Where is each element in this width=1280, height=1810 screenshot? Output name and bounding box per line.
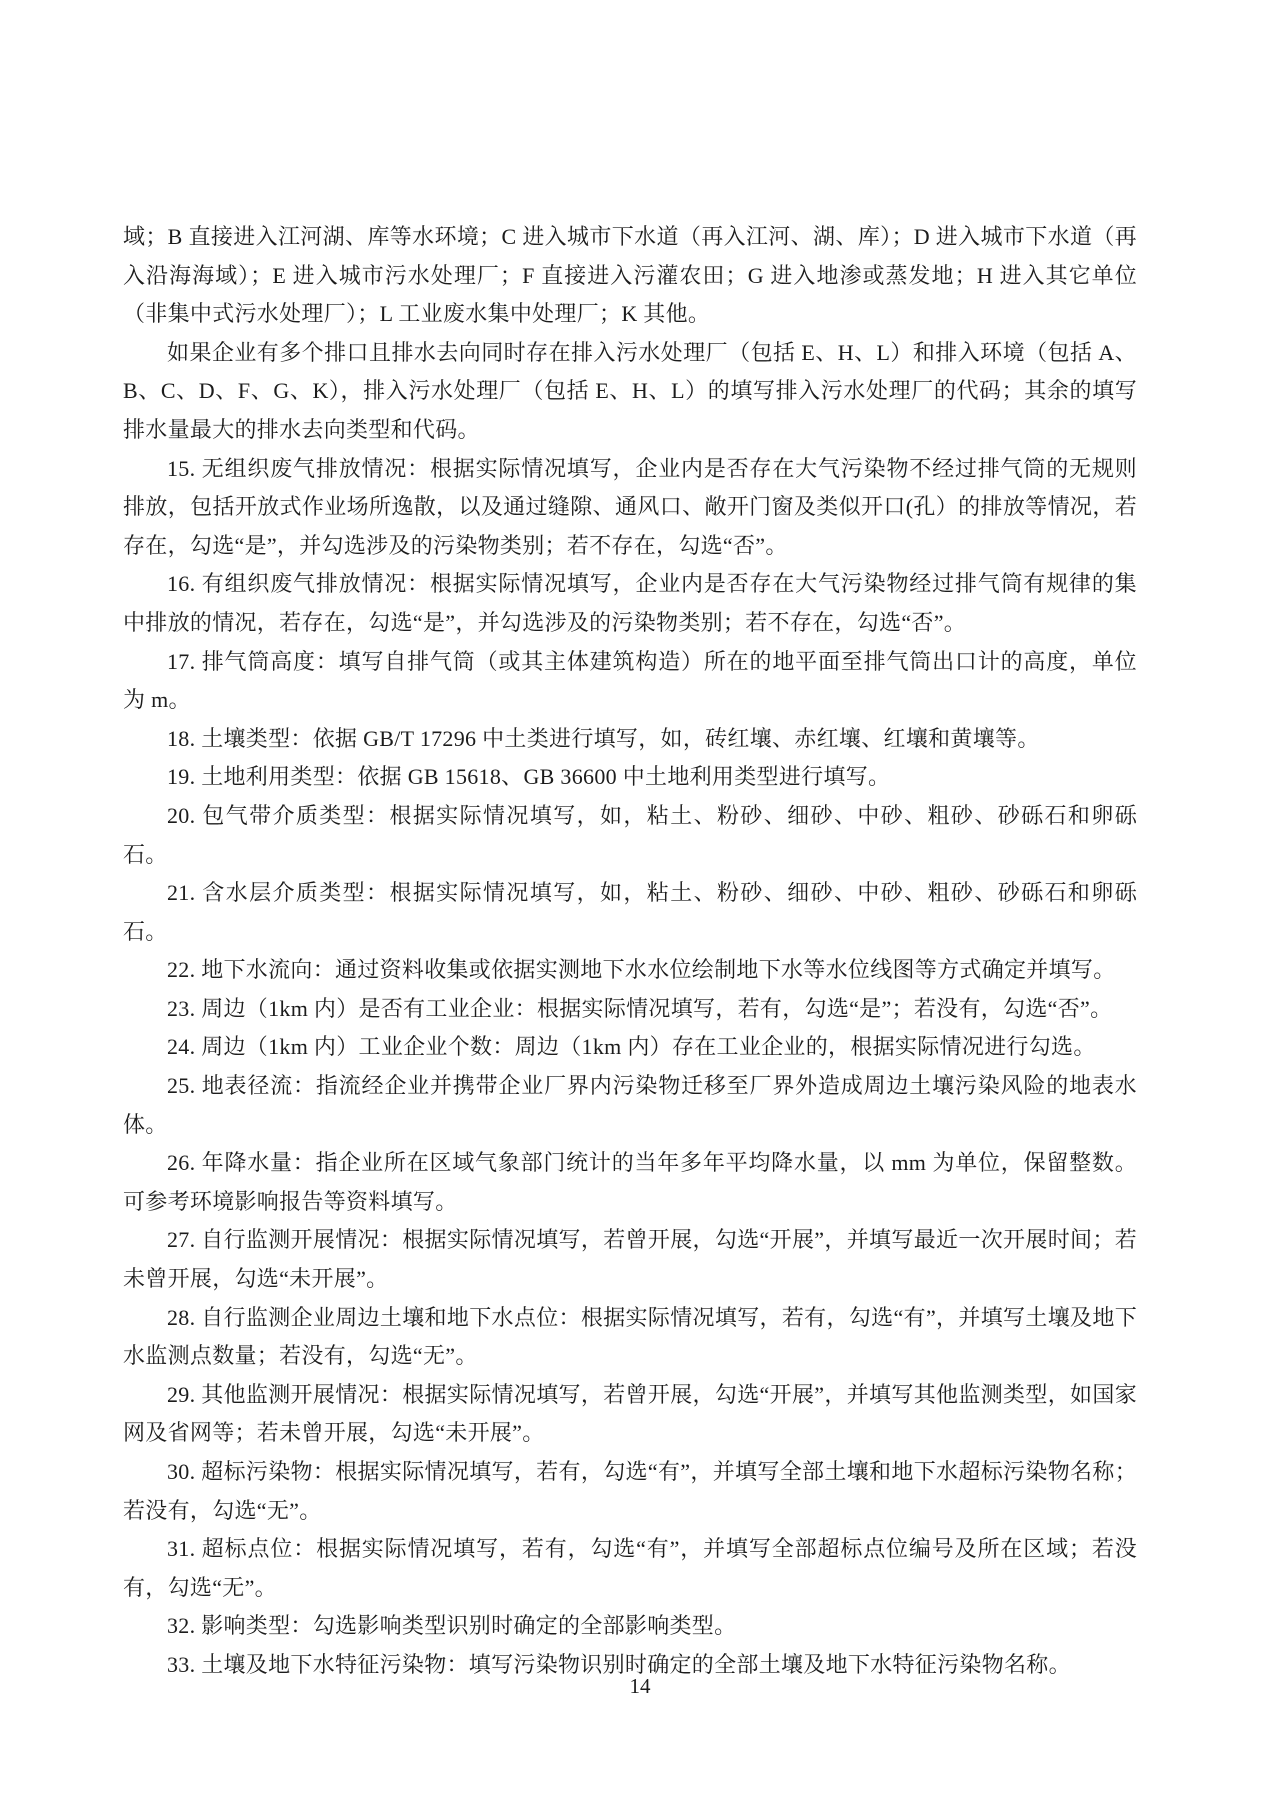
paragraph: 18. 土壤类型：依据 GB/T 17296 中土类进行填写，如，砖红壤、赤红壤… [123,720,1137,759]
page-number: 14 [0,1672,1280,1700]
paragraph: 19. 土地利用类型：依据 GB 15618、GB 36600 中土地利用类型进… [123,758,1137,797]
paragraph: 29. 其他监测开展情况：根据实际情况填写，若曾开展，勾选“开展”，并填写其他监… [123,1376,1137,1453]
paragraph: 16. 有组织废气排放情况：根据实际情况填写，企业内是否存在大气污染物经过排气筒… [123,565,1137,642]
page-content: 域；B 直接进入江河湖、库等水环境；C 进入城市下水道（再入江河、湖、库）；D … [123,218,1137,1685]
paragraph: 31. 超标点位：根据实际情况填写，若有，勾选“有”，并填写全部超标点位编号及所… [123,1530,1137,1607]
paragraph: 如果企业有多个排口且排水去向同时存在排入污水处理厂（包括 E、H、L）和排入环境… [123,334,1137,450]
paragraph: 30. 超标污染物：根据实际情况填写，若有，勾选“有”，并填写全部土壤和地下水超… [123,1453,1137,1530]
paragraph: 域；B 直接进入江河湖、库等水环境；C 进入城市下水道（再入江河、湖、库）；D … [123,218,1137,334]
paragraph: 23. 周边（1km 内）是否有工业企业：根据实际情况填写，若有，勾选“是”；若… [123,990,1137,1029]
paragraph: 20. 包气带介质类型：根据实际情况填写，如，粘土、粉砂、细砂、中砂、粗砂、砂砾… [123,797,1137,874]
paragraph: 24. 周边（1km 内）工业企业个数：周边（1km 内）存在工业企业的，根据实… [123,1028,1137,1067]
paragraph: 26. 年降水量：指企业所在区域气象部门统计的当年多年平均降水量，以 mm 为单… [123,1144,1137,1221]
paragraph: 15. 无组织废气排放情况：根据实际情况填写，企业内是否存在大气污染物不经过排气… [123,450,1137,566]
paragraph: 17. 排气筒高度：填写自排气筒（或其主体建筑构造）所在的地平面至排气筒出口计的… [123,643,1137,720]
paragraph: 32. 影响类型：勾选影响类型识别时确定的全部影响类型。 [123,1607,1137,1646]
paragraph: 27. 自行监测开展情况：根据实际情况填写，若曾开展，勾选“开展”，并填写最近一… [123,1221,1137,1298]
paragraph: 22. 地下水流向：通过资料收集或依据实测地下水水位绘制地下水等水位线图等方式确… [123,951,1137,990]
paragraph: 25. 地表径流：指流经企业并携带企业厂界内污染物迁移至厂界外造成周边土壤污染风… [123,1067,1137,1144]
document-page: 域；B 直接进入江河湖、库等水环境；C 进入城市下水道（再入江河、湖、库）；D … [0,0,1280,1810]
paragraph: 28. 自行监测企业周边土壤和地下水点位：根据实际情况填写，若有，勾选“有”，并… [123,1299,1137,1376]
paragraph: 21. 含水层介质类型：根据实际情况填写，如，粘土、粉砂、细砂、中砂、粗砂、砂砾… [123,874,1137,951]
